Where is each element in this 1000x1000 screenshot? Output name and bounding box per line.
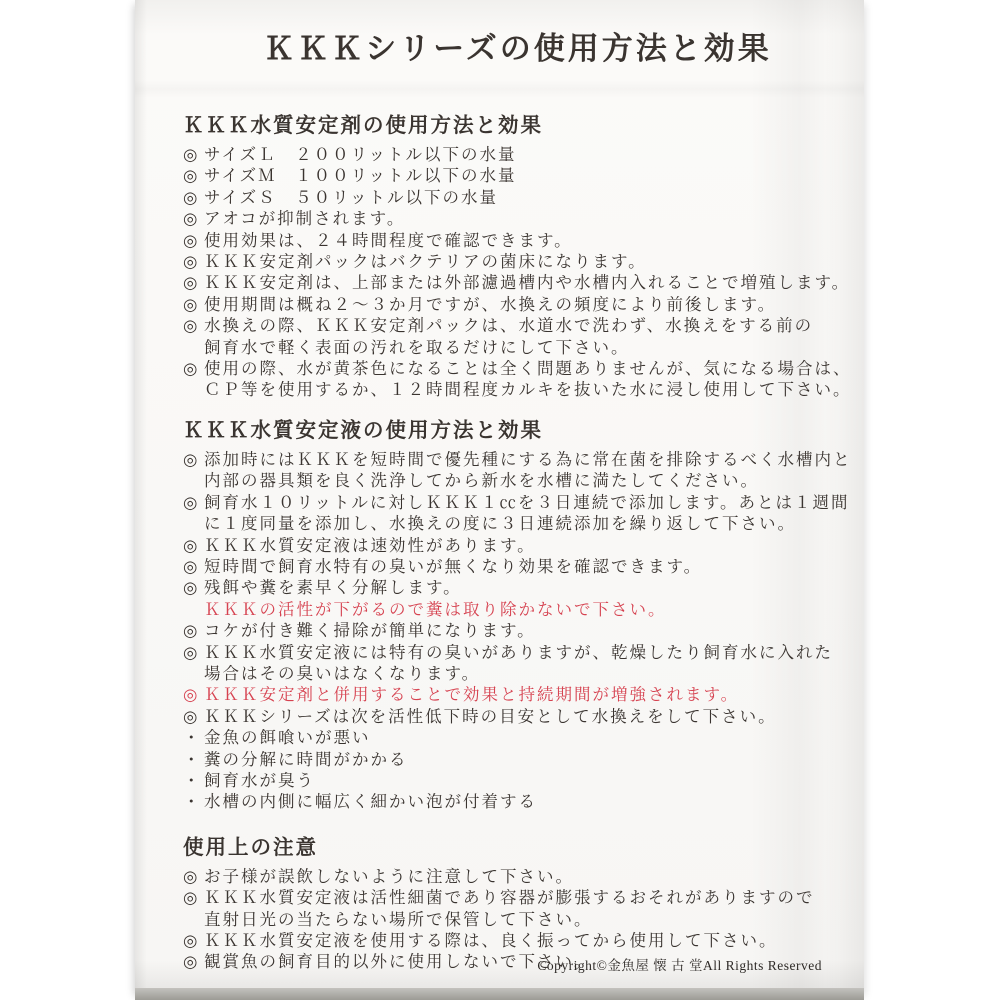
double-circle-bullet: ◎ (183, 272, 204, 293)
doc-item: ◎添加時にはＫＫＫを短時間で優先種にする為に常在菌を排除するべく水槽内と内部の器… (183, 449, 852, 492)
document-content: ＫＫＫシリーズの使用方法と効果 ＫＫＫ水質安定剤の使用方法と効果◎サイズＬ ２０… (135, 0, 864, 973)
instruction-sheet: ＫＫＫシリーズの使用方法と効果 ＫＫＫ水質安定剤の使用方法と効果◎サイズＬ ２０… (135, 0, 864, 1000)
doc-item: ◎飼育水１０リットルに対しＫＫＫ１㏄を３日連続で添加します。あとは１週間に１度同… (183, 492, 852, 535)
double-circle-bullet: ◎ (183, 866, 204, 887)
double-circle-bullet: ◎ (183, 887, 204, 908)
doc-item-text: 残餌や糞を素早く分解します。 (204, 578, 462, 597)
double-circle-bullet: ◎ (183, 535, 204, 556)
doc-item-text: お子様が誤飲しないように注意して下さい。 (204, 867, 574, 886)
doc-item-text: サイズＭ １００リットル以下の水量 (204, 166, 517, 185)
section-heading: ＫＫＫ水質安定剤の使用方法と効果 (183, 108, 852, 138)
doc-item-text: ＫＫＫ水質安定液を使用する際は、良く振ってから使用して下さい。 (204, 931, 778, 950)
doc-item-line: ◎ＫＫＫ安定剤パックはバクテリアの菌床になります。 (183, 251, 852, 272)
doc-item-line: ◎短時間で飼育水特有の臭いが無くなり効果を確認できます。 (183, 556, 852, 577)
doc-item-line: ◎ＫＫＫ水質安定液には特有の臭いがありますが、乾燥したり飼育水に入れた (183, 642, 852, 663)
double-circle-bullet: ◎ (183, 684, 204, 705)
doc-item: ◎ＫＫＫ安定剤と併用することで効果と持続期間が増強されます。 (183, 684, 852, 705)
dot-bullet: ・ (183, 727, 204, 748)
doc-item: ・飼育水が臭う (183, 770, 852, 791)
doc-item-line: ◎水換えの際、ＫＫＫ安定剤パックは、水道水で洗わず、水換えをする前の (183, 315, 852, 336)
doc-item: ◎短時間で飼育水特有の臭いが無くなり効果を確認できます。 (183, 556, 852, 577)
doc-item-line: ◎使用の際、水が黄茶色になることは全く問題ありませんが、気になる場合は、 (183, 358, 852, 379)
doc-item-text: 短時間で飼育水特有の臭いが無くなり効果を確認できます。 (204, 557, 702, 576)
doc-item-text: 飼育水が臭う (204, 771, 315, 790)
doc-item-text: ＫＫＫ水質安定液は活性細菌であり容器が膨張するおそれがありますので (204, 888, 815, 907)
doc-item: ◎使用の際、水が黄茶色になることは全く問題ありませんが、気になる場合は、ＣＰ等を… (183, 358, 852, 401)
doc-item-line: ◎サイズＬ ２００リットル以下の水量 (183, 144, 852, 165)
doc-item-line: ◎ＫＫＫ水質安定液は活性細菌であり容器が膨張するおそれがありますので (183, 887, 852, 908)
doc-item-line-continuation: ＣＰ等を使用するか、１２時間程度カルキを抜いた水に浸し使用して下さい。 (183, 379, 852, 400)
doc-item: ◎ＫＫＫ安定剤は、上部または外部濾過槽内や水槽内入れることで増殖します。 (183, 272, 852, 293)
doc-item: ◎ＫＫＫシリーズは次を活性低下時の目安として水換えをして下さい。 (183, 706, 852, 727)
doc-item-line: ◎サイズＳ ５０リットル以下の水量 (183, 187, 852, 208)
doc-item-text: ＫＫＫ安定剤は、上部または外部濾過槽内や水槽内入れることで増殖します。 (204, 273, 850, 292)
sections-container: ＫＫＫ水質安定剤の使用方法と効果◎サイズＬ ２００リットル以下の水量◎サイズＭ … (183, 108, 852, 973)
doc-item-line: ◎ＫＫＫ水質安定液は速効性があります。 (183, 535, 852, 556)
doc-item: ・金魚の餌喰いが悪い (183, 727, 852, 748)
double-circle-bullet: ◎ (183, 449, 204, 470)
doc-item: ＫＫＫの活性が下がるので糞は取り除かないで下さい。 (183, 599, 852, 620)
page-title: ＫＫＫシリーズの使用方法と効果 (183, 23, 852, 68)
doc-item: ◎残餌や糞を素早く分解します。 (183, 577, 852, 598)
double-circle-bullet: ◎ (183, 951, 204, 972)
double-circle-bullet: ◎ (183, 230, 204, 251)
doc-item-line: ◎アオコが抑制されます。 (183, 208, 852, 229)
doc-item-text: 使用の際、水が黄茶色になることは全く問題ありませんが、気になる場合は、 (204, 359, 852, 378)
double-circle-bullet: ◎ (183, 930, 204, 951)
doc-item: ◎サイズＳ ５０リットル以下の水量 (183, 187, 852, 208)
double-circle-bullet: ◎ (183, 492, 204, 513)
doc-item-text: ＫＫＫ水質安定液は速効性があります。 (204, 536, 536, 555)
doc-item-text: コケが付き難く掃除が簡単になります。 (204, 621, 536, 640)
doc-item-text: 金魚の餌喰いが悪い (204, 728, 371, 747)
doc-item-text: 糞の分解に時間がかかる (204, 750, 408, 769)
double-circle-bullet: ◎ (183, 144, 204, 165)
doc-item-line-continuation: 内部の器具類を良く洗浄してから新水を水槽に満たしてください。 (183, 470, 852, 491)
doc-item: ◎お子様が誤飲しないように注意して下さい。 (183, 866, 852, 887)
section-3: 使用上の注意◎お子様が誤飲しないように注意して下さい。◎ＫＫＫ水質安定液は活性細… (183, 830, 852, 973)
dot-bullet: ・ (183, 791, 204, 812)
doc-item: ◎ＫＫＫ水質安定液は速効性があります。 (183, 535, 852, 556)
section-heading: 使用上の注意 (183, 830, 852, 860)
dot-bullet: ・ (183, 749, 204, 770)
doc-item-line: ・水槽の内側に幅広く細かい泡が付着する (183, 791, 852, 812)
section-1: ＫＫＫ水質安定剤の使用方法と効果◎サイズＬ ２００リットル以下の水量◎サイズＭ … (183, 108, 852, 401)
doc-item: ◎使用効果は、２４時間程度で確認できます。 (183, 230, 852, 251)
doc-item: ◎ＫＫＫ水質安定液は活性細菌であり容器が膨張するおそれがありますので直射日光の当… (183, 887, 852, 930)
doc-item-text: サイズＳ ５０リットル以下の水量 (204, 188, 498, 207)
doc-item: ◎ＫＫＫ水質安定液を使用する際は、良く振ってから使用して下さい。 (183, 930, 852, 951)
doc-item-line: ＫＫＫの活性が下がるので糞は取り除かないで下さい。 (183, 599, 852, 620)
doc-item-line: ◎ＫＫＫ水質安定液を使用する際は、良く振ってから使用して下さい。 (183, 930, 852, 951)
doc-item-line-continuation: に１度同量を添加し、水換えの度に３日連続添加を繰り返して下さい。 (183, 513, 852, 534)
doc-item-line: ◎飼育水１０リットルに対しＫＫＫ１㏄を３日連続で添加します。あとは１週間 (183, 492, 852, 513)
double-circle-bullet: ◎ (183, 556, 204, 577)
double-circle-bullet: ◎ (183, 642, 204, 663)
double-circle-bullet: ◎ (183, 187, 204, 208)
doc-item-text: サイズＬ ２００リットル以下の水量 (204, 145, 517, 164)
doc-item-line-continuation: 飼育水で軽く表面の汚れを取るだけにして下さい。 (183, 337, 852, 358)
double-circle-bullet: ◎ (183, 620, 204, 641)
doc-item-text: 使用効果は、２４時間程度で確認できます。 (204, 231, 573, 250)
doc-item-text: アオコが抑制されます。 (204, 209, 405, 228)
doc-item: ・水槽の内側に幅広く細かい泡が付着する (183, 791, 852, 812)
doc-item: ◎ＫＫＫ水質安定液には特有の臭いがありますが、乾燥したり飼育水に入れた場合はその… (183, 642, 852, 685)
double-circle-bullet: ◎ (183, 358, 204, 379)
doc-item-line: ◎添加時にはＫＫＫを短時間で優先種にする為に常在菌を排除するべく水槽内と (183, 449, 852, 470)
doc-item-line: ◎ＫＫＫシリーズは次を活性低下時の目安として水換えをして下さい。 (183, 706, 852, 727)
doc-item: ◎コケが付き難く掃除が簡単になります。 (183, 620, 852, 641)
doc-item-text: ＫＫＫ安定剤と併用することで効果と持続期間が増強されます。 (204, 685, 739, 704)
doc-item-line: ・金魚の餌喰いが悪い (183, 727, 852, 748)
double-circle-bullet: ◎ (183, 208, 204, 229)
doc-item-line: ◎残餌や糞を素早く分解します。 (183, 577, 852, 598)
doc-item-text: 添加時にはＫＫＫを短時間で優先種にする為に常在菌を排除するべく水槽内と (204, 450, 852, 469)
doc-item-text: ＫＫＫの活性が下がるので糞は取り除かないで下さい。 (204, 600, 667, 619)
doc-item-text: 観賞魚の飼育目的以外に使用しないで下さい。 (204, 952, 593, 971)
doc-item-text: 水換えの際、ＫＫＫ安定剤パックは、水道水で洗わず、水換えをする前の (204, 316, 813, 335)
section-2: ＫＫＫ水質安定液の使用方法と効果◎添加時にはＫＫＫを短時間で優先種にする為に常在… (183, 413, 852, 813)
double-circle-bullet: ◎ (183, 706, 204, 727)
double-circle-bullet: ◎ (183, 165, 204, 186)
doc-item-line-continuation: 場合はその臭いはなくなります。 (183, 663, 852, 684)
doc-item-line: ◎使用効果は、２４時間程度で確認できます。 (183, 230, 852, 251)
doc-item-text: 使用期間は概ね２～３か月ですが、水換えの頻度により前後します。 (204, 295, 776, 314)
doc-item-text: ＫＫＫシリーズは次を活性低下時の目安として水換えをして下さい。 (204, 707, 777, 726)
photo-background: ＫＫＫシリーズの使用方法と効果 ＫＫＫ水質安定剤の使用方法と効果◎サイズＬ ２０… (0, 0, 1000, 1000)
doc-item-line: ◎お子様が誤飲しないように注意して下さい。 (183, 866, 852, 887)
doc-item-text: 飼育水１０リットルに対しＫＫＫ１㏄を３日連続で添加します。あとは１週間 (204, 493, 850, 512)
copyright-text: Copyright©金魚屋 懐 古 堂All Rights Reserved (537, 954, 822, 974)
doc-item-text: ＫＫＫ水質安定液には特有の臭いがありますが、乾燥したり飼育水に入れた (204, 643, 833, 662)
double-circle-bullet: ◎ (183, 251, 204, 272)
doc-item: ・糞の分解に時間がかかる (183, 749, 852, 770)
doc-item-line: ◎サイズＭ １００リットル以下の水量 (183, 165, 852, 186)
dot-bullet: ・ (183, 770, 204, 791)
double-circle-bullet: ◎ (183, 294, 204, 315)
doc-item: ◎使用期間は概ね２～３か月ですが、水換えの頻度により前後します。 (183, 294, 852, 315)
paper-bottom-edge (135, 988, 864, 1000)
doc-item-line: ◎使用期間は概ね２～３か月ですが、水換えの頻度により前後します。 (183, 294, 852, 315)
doc-item: ◎サイズＬ ２００リットル以下の水量 (183, 144, 852, 165)
doc-item: ◎サイズＭ １００リットル以下の水量 (183, 165, 852, 186)
doc-item: ◎水換えの際、ＫＫＫ安定剤パックは、水道水で洗わず、水換えをする前の飼育水で軽く… (183, 315, 852, 358)
doc-item-text: ＫＫＫ安定剤パックはバクテリアの菌床になります。 (204, 252, 647, 271)
doc-item-text: 水槽の内側に幅広く細かい泡が付着する (204, 792, 537, 811)
doc-item-line-continuation: 直射日光の当たらない場所で保管して下さい。 (183, 909, 852, 930)
doc-item-line: ・飼育水が臭う (183, 770, 852, 791)
section-heading: ＫＫＫ水質安定液の使用方法と効果 (183, 413, 852, 443)
double-circle-bullet: ◎ (183, 577, 204, 598)
doc-item: ◎ＫＫＫ安定剤パックはバクテリアの菌床になります。 (183, 251, 852, 272)
doc-item-line: ・糞の分解に時間がかかる (183, 749, 852, 770)
doc-item-line: ◎ＫＫＫ安定剤と併用することで効果と持続期間が増強されます。 (183, 684, 852, 705)
doc-item-line: ◎ＫＫＫ安定剤は、上部または外部濾過槽内や水槽内入れることで増殖します。 (183, 272, 852, 293)
double-circle-bullet: ◎ (183, 315, 204, 336)
doc-item: ◎アオコが抑制されます。 (183, 208, 852, 229)
doc-item-line: ◎コケが付き難く掃除が簡単になります。 (183, 620, 852, 641)
